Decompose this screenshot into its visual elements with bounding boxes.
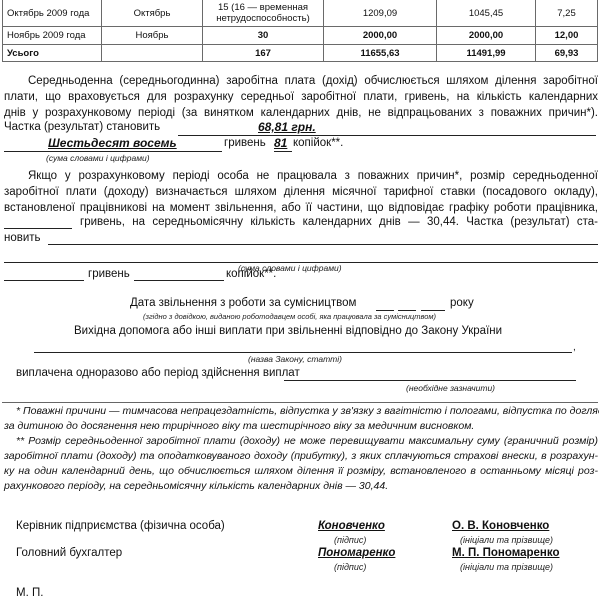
director-signature-caption: (підпис): [334, 535, 366, 545]
table-row: Ноябрь 2009 года Ноябрь 30 2000,00 2000,…: [3, 27, 598, 45]
paragraph-line: Якщо у розрахунковому періоді особа не п…: [4, 168, 598, 184]
director-signature: Коновченко: [318, 520, 385, 532]
dismissal-date-label: Дата звільнення з роботи за сумісництвом: [130, 297, 356, 309]
accountant-initials: М. П. Пономаренко: [452, 547, 563, 559]
law-caption: (назва Закону, статті): [248, 354, 342, 364]
paragraph-line: плати, що враховується для розрахунку се…: [4, 89, 598, 105]
footnotes: * Поважні причини — тимчасова непрацезда…: [4, 404, 598, 494]
result-field-2[interactable]: [48, 230, 598, 245]
cell-days-line2: нетрудоспособность): [216, 13, 310, 24]
dismissal-day-field[interactable]: [376, 297, 394, 311]
hryvnia-label: гривень: [224, 137, 266, 149]
cell-salary: 2000,00: [324, 27, 437, 45]
table-row: Октябрь 2009 года Октябрь 15 (16 — време…: [3, 0, 598, 27]
paragraph-line: днів у розрахунковому періоді (за винятк…: [4, 105, 598, 121]
cell-total-label: Усього: [3, 45, 102, 62]
dismissal-month-field[interactable]: [398, 297, 416, 311]
hryvnia-label-2: гривень: [88, 268, 130, 280]
accountant-initials-caption: (ініціали та прізвище): [460, 562, 553, 572]
cell-salary: 1209,09: [324, 0, 437, 27]
comma: ,: [573, 342, 576, 353]
severance-label: Вихідна допомога або інші виплати при зв…: [74, 325, 502, 337]
dismissal-date-caption: (згідно з довідкою, виданою роботодавцем…: [143, 312, 436, 321]
words-caption: (сума словами і цифрами): [46, 153, 150, 163]
cell-month: [102, 45, 203, 62]
paragraph-line: встановленої працівникові на момент звіл…: [4, 200, 598, 216]
cell-taxed: 2000,00: [437, 27, 536, 45]
director-initials-caption: (ініціали та прізвище): [460, 535, 553, 545]
footnote-line: * Поважні причини — тимчасова непрацезда…: [4, 404, 598, 419]
result-label: Частка (результат) становить: [4, 121, 160, 133]
cell-days: 167: [203, 45, 324, 62]
cell-salary: 11655,63: [324, 45, 437, 62]
alternative-paragraph: Якщо у розрахунковому періоді особа не п…: [4, 168, 598, 216]
cell-period: Ноябрь 2009 года: [3, 27, 102, 45]
cell-days: 30: [203, 27, 324, 45]
paragraph-line: заробітної плати (доходу) визначається ш…: [4, 184, 598, 200]
paragraph-line: Середньоденна (середньогодинна) заробітн…: [4, 73, 598, 89]
paragraph-line-wrap: гривень, на середньомісячну кількість ка…: [80, 216, 598, 228]
cell-taxed: 11491,99: [437, 45, 536, 62]
result-field[interactable]: [178, 121, 596, 136]
words-value: Шестьдесят восемь: [48, 136, 177, 150]
kopecks-field[interactable]: [274, 137, 292, 152]
hryvnia-field-2[interactable]: [4, 266, 84, 281]
footnote-line: за дитиною до досягнення нею трирічного …: [4, 419, 598, 434]
cell-month: Октябрь: [102, 0, 203, 27]
cell-month: Ноябрь: [102, 27, 203, 45]
accountant-signature-caption: (підпис): [334, 562, 366, 572]
footnote-line: ку на один календарний день, що обчислює…: [4, 464, 598, 479]
divider: [2, 402, 598, 403]
footnote-line: ** Розмір середньоденної заробітної плат…: [4, 434, 598, 449]
cell-per-day: 69,93: [536, 45, 598, 62]
stamp-label: М. П.: [16, 587, 43, 599]
table-total-row: Усього 167 11655,63 11491,99 69,93: [3, 45, 598, 62]
paid-label: виплачена одноразово або період здійснен…: [16, 367, 300, 379]
director-role: Керівник підприємства (фізична особа): [16, 520, 225, 532]
paragraph-line: гривень, на середньомісячну кількість ка…: [80, 216, 598, 228]
footnote-line: заробітної плати (доходу) та оподатковув…: [4, 449, 598, 464]
law-field[interactable]: [34, 340, 572, 353]
cell-per-day: 12,00: [536, 27, 598, 45]
accountant-signature: Пономаренко: [318, 547, 395, 559]
kopecks-label-2: копійок**.: [226, 268, 276, 280]
year-label: року: [450, 297, 474, 309]
footnote-line: рахункового періоду, на середньомісячну …: [4, 479, 598, 494]
earnings-table: Октябрь 2009 года Октябрь 15 (16 — време…: [2, 0, 598, 62]
words-field-2[interactable]: [4, 248, 598, 263]
director-initials: О. В. Коновченко: [452, 520, 553, 532]
rate-field[interactable]: [4, 214, 72, 229]
paragraph-line: новить: [4, 232, 41, 244]
cell-days-line1: 15 (16 — временная: [218, 2, 308, 13]
cell-taxed: 1045,45: [437, 0, 536, 27]
paid-field[interactable]: [284, 367, 576, 381]
kopecks-field-2[interactable]: [134, 266, 224, 281]
average-wage-paragraph: Середньоденна (середньогодинна) заробітн…: [4, 73, 598, 121]
cell-per-day: 7,25: [536, 0, 598, 27]
cell-days: 15 (16 — временная нетрудоспособность): [203, 0, 324, 27]
cell-period: Октябрь 2009 года: [3, 0, 102, 27]
kopecks-label: копійок**.: [293, 137, 343, 149]
result-value: 68,81 грн.: [258, 120, 316, 134]
dismissal-year-field[interactable]: [421, 297, 445, 311]
accountant-role: Головний бухгалтер: [16, 547, 122, 559]
paid-caption: (необхідне зазначити): [406, 383, 495, 393]
